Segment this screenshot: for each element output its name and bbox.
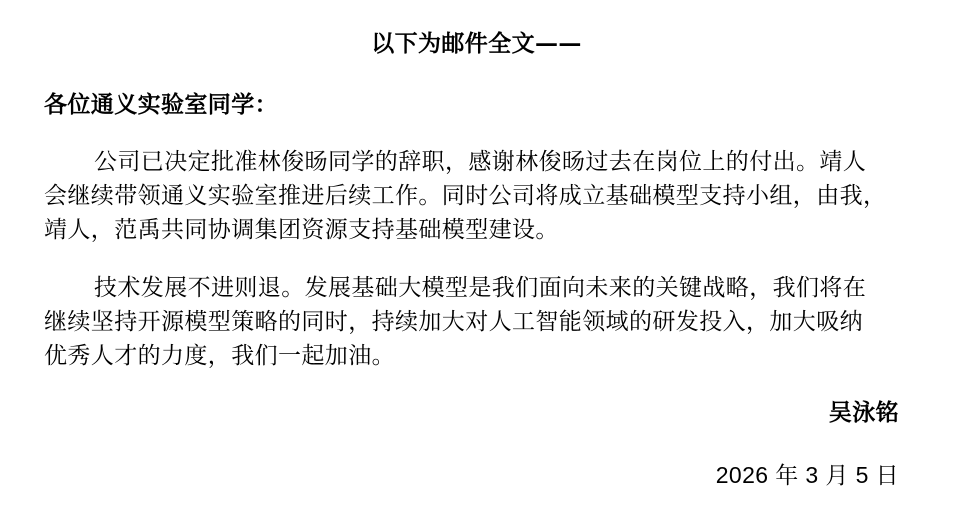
date: 2026 年 3 月 5 日 bbox=[716, 461, 899, 489]
paragraph-line: 靖人，范禹共同协调集团资源支持基础模型建设。 bbox=[44, 216, 559, 244]
document-title: 以下为邮件全文—— bbox=[0, 30, 953, 58]
paragraph-line: 继续坚持开源模型策略的同时，持续加大对人工智能领域的研发投入，加大吸纳 bbox=[44, 308, 863, 336]
greeting: 各位通义实验室同学： bbox=[44, 91, 278, 119]
paragraph-line: 优秀人才的力度，我们一起加油。 bbox=[44, 342, 395, 370]
signature: 吴泳铭 bbox=[829, 399, 899, 427]
paragraph-line: 会继续带领通义实验室推进后续工作。同时公司将成立基础模型支持小组，由我， bbox=[44, 182, 886, 210]
paragraph-line: 技术发展不进则退。发展基础大模型是我们面向未来的关键战略，我们将在 bbox=[94, 274, 866, 302]
paragraph-line: 公司已决定批准林俊旸同学的辞职，感谢林俊旸过去在岗位上的付出。靖人 bbox=[94, 148, 866, 176]
